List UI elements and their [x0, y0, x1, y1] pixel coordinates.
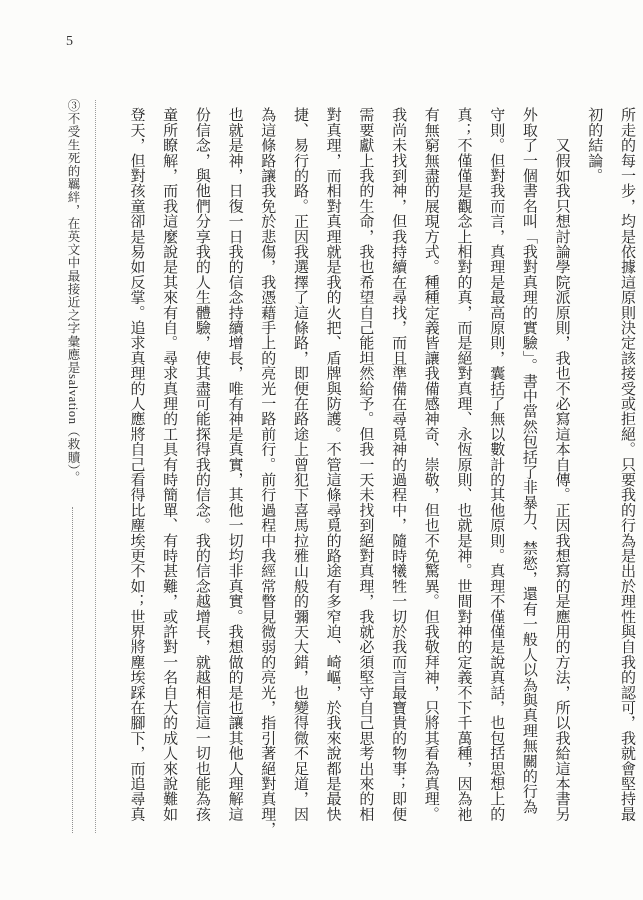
text-column: 真；不僅僅是觀念上相對的真，而是絕對真理、永恆原則、也就是神。世間對神的定義不下… — [447, 107, 480, 839]
sidenote-dotted-leader — [72, 507, 73, 833]
text-column: 登天，但對孩童卻是易如反掌。追求真理的人應將自己看得比塵埃更不如；世界將塵埃踩在… — [120, 107, 153, 839]
text-column: 所走的每一步，均是依據這原則決定該接受或拒絕。只要我的行為是出於理性與自我的認可… — [610, 107, 643, 839]
text-column: 初的結論。 — [578, 107, 611, 839]
text-column: 童所瞭解，而我這麼說是其來有自。尋求真理的工具有時簡單、有時甚難，或許對一名自大… — [152, 107, 185, 839]
book-page: 5 ③不受生死的羈絆，在英文中最接近之字彙應是salvation（救贖）。 所走… — [0, 0, 643, 900]
text-column: 份信念，與他們分享我的人生體驗，使其盡可能探得我的信念。我的信念越增長，就越相信… — [185, 107, 218, 839]
text-column: 為這條路讓我免於悲傷，我憑藉手上的亮光一路前行。前行過程中我經常瞥見微弱的亮光，… — [251, 107, 284, 839]
text-column: 我尚未找到神，但我持續在尋找，而且準備在尋覓神的過程中，隨時犧牲一切於我而言最寶… — [381, 107, 414, 839]
text-column: 也就是神，日復一日我的信念持續增長，唯有神是真實，其他一切均非真實。我想做的是也… — [218, 107, 251, 839]
text-column: 外取了一個書名叫「我對真理的實驗」。書中當然包括了非暴力、禁慾，還有一般人以為與… — [512, 107, 545, 839]
sidenote-text: ③不受生死的羈絆，在英文中最接近之字彙應是salvation（救贖）。 — [66, 99, 80, 484]
text-column: 捷、易行的路。正因我選擇了這條路，即便在路途上曾犯下喜馬拉雅山般的彌天大錯，也變… — [283, 107, 316, 839]
text-column: 有無窮無盡的展現方式。種種定義皆讓我備感神奇、崇敬，但也不免驚異。但我敬拜神，只… — [414, 107, 447, 839]
text-column: 又假如我只想討論學院派原則，我也不必寫這本自傳。正因我想寫的是應用的方法，所以我… — [545, 107, 578, 839]
text-column: 對真理，而相對真理就是我的火把、盾牌與防護。不管這條尋覓的路途有多窄迫、崎嶇，於… — [316, 107, 349, 839]
page-number: 5 — [66, 34, 74, 50]
sidenote-divider-rule — [95, 100, 96, 833]
main-text-block: 所走的每一步，均是依據這原則決定該接受或拒絕。只要我的行為是出於理性與自我的認可… — [116, 107, 643, 839]
text-column: 守則。但對我而言，真理是最高原則，囊括了無以數計的其他原則。真理不僅僅是說真話，… — [479, 107, 512, 839]
text-column: 需要獻上我的生命，我也希望自己能坦然給予。但我一天未找到絕對真理，我就必須堅守自… — [349, 107, 382, 839]
sidenote: ③不受生死的羈絆，在英文中最接近之字彙應是salvation（救贖）。 — [61, 99, 85, 839]
